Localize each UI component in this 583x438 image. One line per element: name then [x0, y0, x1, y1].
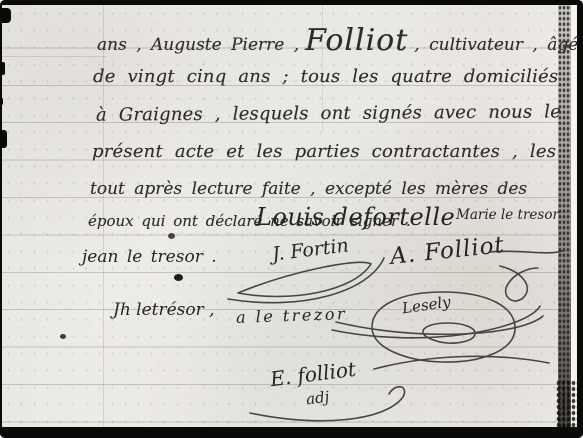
signature-flourishes [0, 0, 583, 438]
ink-blot [168, 233, 175, 239]
scanned-register-page: ans , Auguste Pierre , Folliot , cultiva… [0, 0, 583, 438]
scan-edge-mark [0, 8, 11, 23]
afolliot-tbar-swash [490, 251, 562, 253]
afolliot-descender-loop [500, 266, 538, 301]
lesely-left-swash-1 [336, 316, 543, 334]
fortin-paraph-lens [238, 262, 371, 296]
lesely-oval [372, 292, 515, 362]
scan-edge-mark [0, 130, 7, 148]
scan-edge-mark [0, 98, 3, 105]
scan-border-bottom [0, 427, 583, 438]
scan-border-top [0, 0, 583, 5]
efolliot-under-swash [250, 387, 405, 421]
ink-blot [60, 334, 66, 339]
efolliot-right-tail [374, 356, 549, 369]
scan-edge-mark [0, 62, 5, 75]
ink-blot [174, 274, 183, 281]
scan-border-right [577, 0, 583, 438]
fortin-paraph-outer [228, 258, 384, 303]
